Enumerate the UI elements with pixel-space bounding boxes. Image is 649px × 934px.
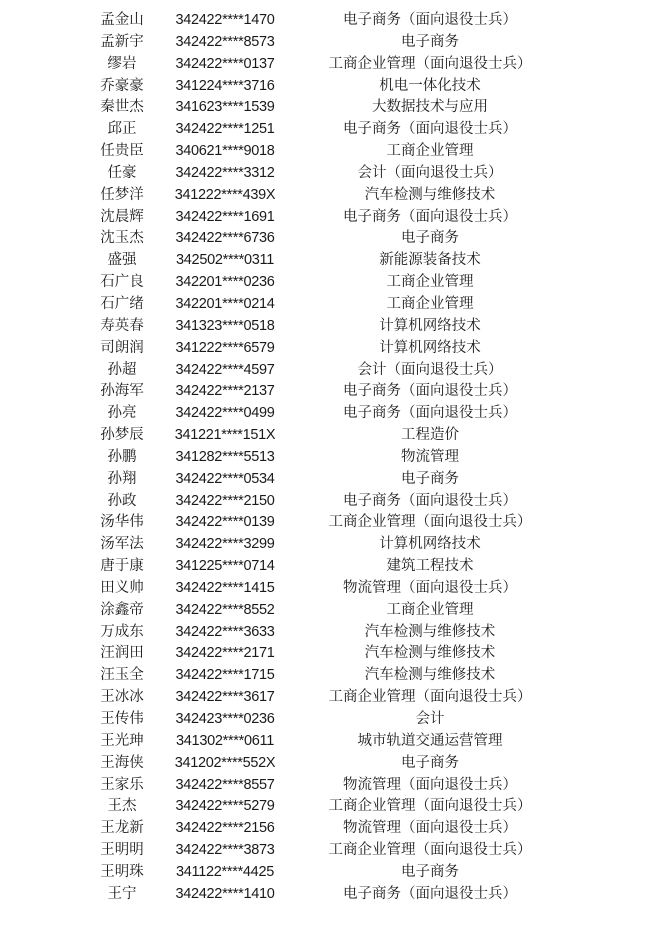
- major-name-cell: 汽车检测与维修技术: [285, 665, 575, 687]
- table-row: 王光珅 341302****0611 城市轨道交通运营管理: [0, 731, 649, 753]
- masked-id-cell: 342422****2171: [165, 643, 285, 665]
- table-row: 孙翔 342422****0534 电子商务: [0, 469, 649, 491]
- table-row: 王海侠 341202****552X 电子商务: [0, 753, 649, 775]
- table-row: 王龙新 342422****2156 物流管理（面向退役士兵）: [0, 818, 649, 840]
- masked-id-cell: 342422****2156: [165, 818, 285, 840]
- table-row: 王传伟 342423****0236 会计: [0, 709, 649, 731]
- major-name-cell: 新能源装备技术: [285, 250, 575, 272]
- masked-id-cell: 341323****0518: [165, 316, 285, 338]
- table-row: 石广绪 342201****0214 工商企业管理: [0, 294, 649, 316]
- table-row: 田义帅 342422****1415 物流管理（面向退役士兵）: [0, 578, 649, 600]
- major-name-cell: 汽车检测与维修技术: [285, 185, 575, 207]
- masked-id-cell: 341221****151X: [165, 425, 285, 447]
- masked-id-cell: 342422****0534: [165, 469, 285, 491]
- table-row: 乔豪豪 341224****3716 机电一体化技术: [0, 76, 649, 98]
- masked-id-cell: 341222****6579: [165, 338, 285, 360]
- masked-id-cell: 342422****8557: [165, 775, 285, 797]
- table-row: 孙鹏 341282****5513 物流管理: [0, 447, 649, 469]
- major-name-cell: 工商企业管理（面向退役士兵）: [285, 687, 575, 709]
- table-row: 孟金山 342422****1470 电子商务（面向退役士兵）: [0, 10, 649, 32]
- table-row: 涂鑫帝 342422****8552 工商企业管理: [0, 600, 649, 622]
- masked-id-cell: 342422****4597: [165, 360, 285, 382]
- masked-id-cell: 342201****0214: [165, 294, 285, 316]
- masked-id-cell: 341224****3716: [165, 76, 285, 98]
- major-name-cell: 电子商务（面向退役士兵）: [285, 119, 575, 141]
- table-row: 任梦洋 341222****439X 汽车检测与维修技术: [0, 185, 649, 207]
- major-name-cell: 会计（面向退役士兵）: [285, 163, 575, 185]
- masked-id-cell: 341222****439X: [165, 185, 285, 207]
- masked-id-cell: 342422****0139: [165, 512, 285, 534]
- document-page: 孟金山 342422****1470 电子商务（面向退役士兵） 孟新宇 3424…: [0, 0, 649, 934]
- major-name-cell: 工商企业管理: [285, 272, 575, 294]
- table-row: 任贵臣 340621****9018 工商企业管理: [0, 141, 649, 163]
- masked-id-cell: 342422****1415: [165, 578, 285, 600]
- masked-id-cell: 342422****8573: [165, 32, 285, 54]
- major-name-cell: 计算机网络技术: [285, 316, 575, 338]
- table-row: 唐于康 341225****0714 建筑工程技术: [0, 556, 649, 578]
- masked-id-cell: 340621****9018: [165, 141, 285, 163]
- masked-id-cell: 342422****2150: [165, 491, 285, 513]
- major-name-cell: 工商企业管理: [285, 600, 575, 622]
- table-row: 汪润田 342422****2171 汽车检测与维修技术: [0, 643, 649, 665]
- table-row: 汪玉全 342422****1715 汽车检测与维修技术: [0, 665, 649, 687]
- masked-id-cell: 342422****0499: [165, 403, 285, 425]
- major-name-cell: 工商企业管理（面向退役士兵）: [285, 796, 575, 818]
- masked-id-cell: 341202****552X: [165, 753, 285, 775]
- major-name-cell: 电子商务: [285, 753, 575, 775]
- major-name-cell: 物流管理: [285, 447, 575, 469]
- table-row: 邱正 342422****1251 电子商务（面向退役士兵）: [0, 119, 649, 141]
- major-name-cell: 工商企业管理（面向退役士兵）: [285, 840, 575, 862]
- table-row: 任豪 342422****3312 会计（面向退役士兵）: [0, 163, 649, 185]
- table-row: 司朗润 341222****6579 计算机网络技术: [0, 338, 649, 360]
- masked-id-cell: 342502****0311: [165, 250, 285, 272]
- table-row: 王家乐 342422****8557 物流管理（面向退役士兵）: [0, 775, 649, 797]
- major-name-cell: 电子商务（面向退役士兵）: [285, 207, 575, 229]
- masked-id-cell: 341122****4425: [165, 862, 285, 884]
- table-row: 孙梦辰 341221****151X 工程造价: [0, 425, 649, 447]
- major-name-cell: 工商企业管理（面向退役士兵）: [285, 54, 575, 76]
- masked-id-cell: 342423****0236: [165, 709, 285, 731]
- masked-id-cell: 341302****0611: [165, 731, 285, 753]
- major-name-cell: 电子商务: [285, 32, 575, 54]
- major-name-cell: 工商企业管理: [285, 141, 575, 163]
- major-name-cell: 电子商务（面向退役士兵）: [285, 381, 575, 403]
- major-name-cell: 电子商务（面向退役士兵）: [285, 403, 575, 425]
- major-name-cell: 计算机网络技术: [285, 534, 575, 556]
- table-row: 王杰 342422****5279 工商企业管理（面向退役士兵）: [0, 796, 649, 818]
- table-row: 孙政 342422****2150 电子商务（面向退役士兵）: [0, 491, 649, 513]
- major-name-cell: 会计: [285, 709, 575, 731]
- major-name-cell: 城市轨道交通运营管理: [285, 731, 575, 753]
- masked-id-cell: 342422****1691: [165, 207, 285, 229]
- table-row: 缪岩 342422****0137 工商企业管理（面向退役士兵）: [0, 54, 649, 76]
- major-name-cell: 工程造价: [285, 425, 575, 447]
- masked-id-cell: 342422****6736: [165, 228, 285, 250]
- masked-id-cell: 342422****2137: [165, 381, 285, 403]
- table-row: 万成东 342422****3633 汽车检测与维修技术: [0, 622, 649, 644]
- major-name-cell: 会计（面向退役士兵）: [285, 360, 575, 382]
- table-row: 盛强 342502****0311 新能源装备技术: [0, 250, 649, 272]
- masked-id-cell: 341282****5513: [165, 447, 285, 469]
- table-row: 孙海军 342422****2137 电子商务（面向退役士兵）: [0, 381, 649, 403]
- table-row: 孙超 342422****4597 会计（面向退役士兵）: [0, 360, 649, 382]
- major-name-cell: 工商企业管理: [285, 294, 575, 316]
- major-name-cell: 计算机网络技术: [285, 338, 575, 360]
- masked-id-cell: 342422****1715: [165, 665, 285, 687]
- major-name-cell: 物流管理（面向退役士兵）: [285, 818, 575, 840]
- masked-id-cell: 342201****0236: [165, 272, 285, 294]
- table-row: 汤华伟 342422****0139 工商企业管理（面向退役士兵）: [0, 512, 649, 534]
- major-name-cell: 建筑工程技术: [285, 556, 575, 578]
- table-row: 沈晨辉 342422****1691 电子商务（面向退役士兵）: [0, 207, 649, 229]
- major-name-cell: 电子商务: [285, 862, 575, 884]
- table-row: 寿英春 341323****0518 计算机网络技术: [0, 316, 649, 338]
- table-row: 秦世杰 341623****1539 大数据技术与应用: [0, 97, 649, 119]
- major-name-cell: 汽车检测与维修技术: [285, 622, 575, 644]
- masked-id-cell: 342422****3312: [165, 163, 285, 185]
- table-row: 王明明 342422****3873 工商企业管理（面向退役士兵）: [0, 840, 649, 862]
- major-name-cell: 汽车检测与维修技术: [285, 643, 575, 665]
- major-name-cell: 电子商务（面向退役士兵）: [285, 491, 575, 513]
- masked-id-cell: 342422****1251: [165, 119, 285, 141]
- table-row: 孙亮 342422****0499 电子商务（面向退役士兵）: [0, 403, 649, 425]
- table-row: 孟新宇 342422****8573 电子商务: [0, 32, 649, 54]
- table-row: 王明珠 341122****4425 电子商务: [0, 862, 649, 884]
- major-name-cell: 物流管理（面向退役士兵）: [285, 578, 575, 600]
- major-name-cell: 机电一体化技术: [285, 76, 575, 98]
- masked-id-cell: 342422****5279: [165, 796, 285, 818]
- table-row: 石广良 342201****0236 工商企业管理: [0, 272, 649, 294]
- student-roster-table: 孟金山 342422****1470 电子商务（面向退役士兵） 孟新宇 3424…: [0, 0, 649, 906]
- table-row: 王宁 342422****1410 电子商务（面向退役士兵）: [0, 884, 649, 906]
- major-name-cell: 物流管理（面向退役士兵）: [285, 775, 575, 797]
- table-row: 沈玉杰 342422****6736 电子商务: [0, 228, 649, 250]
- major-name-cell: 电子商务: [285, 228, 575, 250]
- masked-id-cell: 342422****1410: [165, 884, 285, 906]
- masked-id-cell: 342422****3873: [165, 840, 285, 862]
- masked-id-cell: 342422****3617: [165, 687, 285, 709]
- major-name-cell: 电子商务（面向退役士兵）: [285, 10, 575, 32]
- major-name-cell: 大数据技术与应用: [285, 97, 575, 119]
- masked-id-cell: 342422****3299: [165, 534, 285, 556]
- masked-id-cell: 342422****1470: [165, 10, 285, 32]
- table-row: 汤军法 342422****3299 计算机网络技术: [0, 534, 649, 556]
- major-name-cell: 电子商务: [285, 469, 575, 491]
- masked-id-cell: 341225****0714: [165, 556, 285, 578]
- major-name-cell: 工商企业管理（面向退役士兵）: [285, 512, 575, 534]
- masked-id-cell: 342422****0137: [165, 54, 285, 76]
- table-row: 王冰冰 342422****3617 工商企业管理（面向退役士兵）: [0, 687, 649, 709]
- masked-id-cell: 341623****1539: [165, 97, 285, 119]
- masked-id-cell: 342422****8552: [165, 600, 285, 622]
- masked-id-cell: 342422****3633: [165, 622, 285, 644]
- major-name-cell: 电子商务（面向退役士兵）: [285, 884, 575, 906]
